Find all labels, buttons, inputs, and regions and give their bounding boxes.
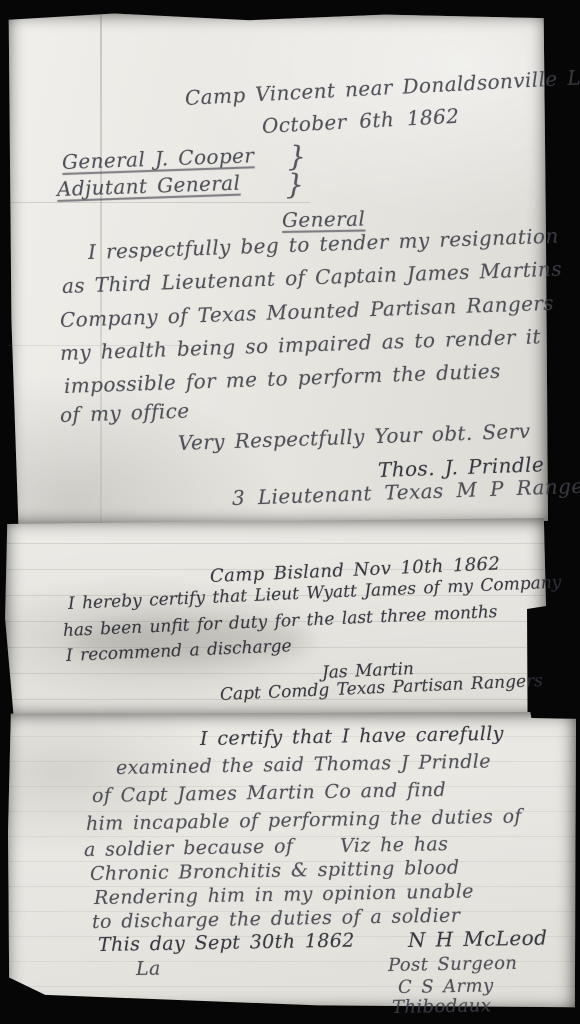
vertical-fold-crease [100, 14, 102, 524]
surgeon-state: La [136, 958, 161, 980]
address-brace: } [286, 168, 304, 201]
surgeon-signature: N H McLeod [408, 926, 548, 952]
salutation: General [282, 207, 366, 232]
surgeon-date-line: This day Sept 30th 1862 [98, 930, 355, 956]
horizontal-fold-crease [10, 202, 310, 203]
surgeon-place: Thibodaux [392, 995, 492, 1018]
scanned-document-photo: { "page": { "description": "Photographed… [0, 0, 580, 1024]
letter-body-line: of my office [60, 398, 190, 427]
surgeon-title: Post Surgeon [388, 953, 518, 976]
surgeon-body-line: Viz he has [340, 833, 449, 857]
surgeon-body-line: a soldier because of [84, 835, 294, 861]
